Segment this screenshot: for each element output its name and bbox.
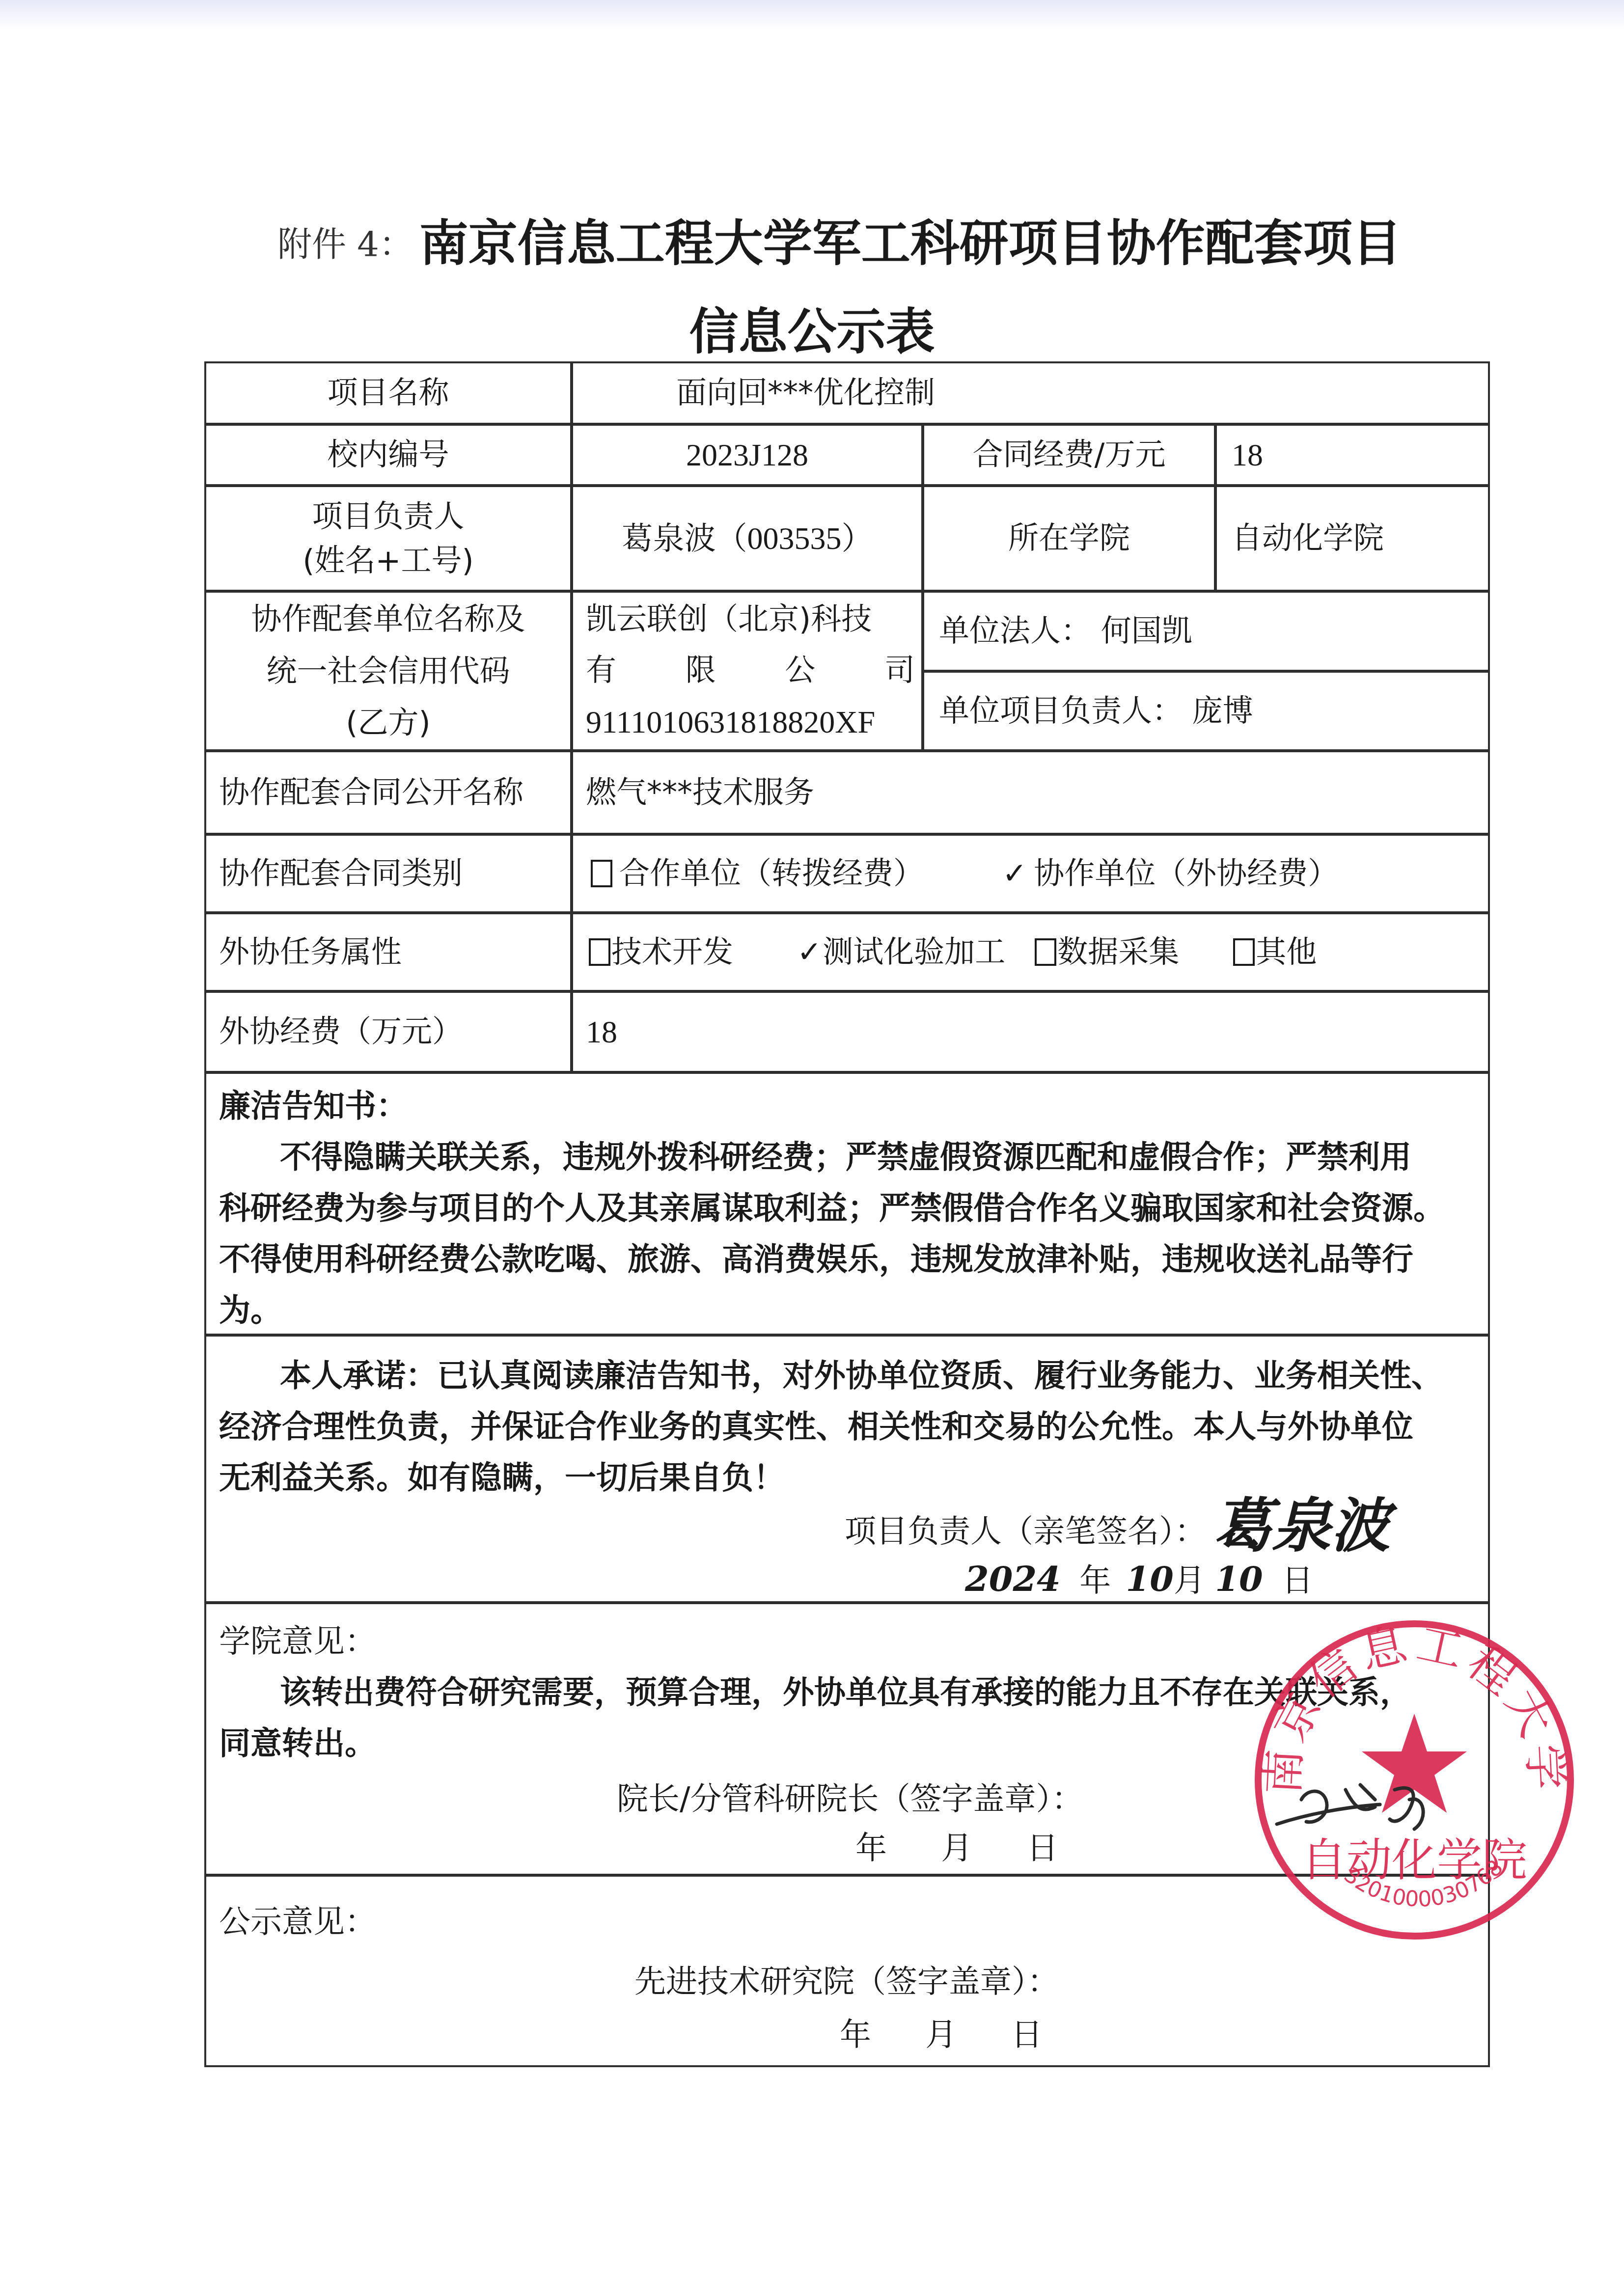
outsource-fund-label: 外协经费（万元）	[204, 991, 572, 1073]
task-attribute-label: 外协任务属性	[204, 912, 572, 992]
college-label: 所在学院	[922, 485, 1216, 592]
integrity-line: 不得使用科研经费公款吃喝、旅游、高消费娱乐，违规发放津补贴，违规收送礼品等行	[219, 1234, 1413, 1279]
contract-fund-label: 合同经费/万元	[922, 424, 1216, 486]
contract-public-name-value: 燃气***技术服务	[571, 750, 1490, 835]
date-year: 2024	[965, 1558, 1061, 1599]
date-day-unit: 日	[1011, 2017, 1043, 2053]
integrity-line: 科研经费为参与项目的个人及其亲属谋取利益；严禁假借合作名义骗取国家和社会资源。	[219, 1183, 1445, 1228]
option-tech-dev[interactable]: 技术开发	[589, 926, 733, 979]
college-date: 年 月 日	[855, 1823, 1058, 1868]
outsource-fund-value: 18	[571, 991, 1490, 1073]
pledge-date: 2024 年 10月 10 日	[965, 1555, 1313, 1600]
attachment-label: 附件 4：	[277, 224, 413, 265]
college-opinion-line: 同意转出。	[219, 1718, 376, 1763]
project-leader-label: 项目负责人 (姓名+工号)	[204, 485, 572, 592]
option-label: 其他	[1256, 926, 1317, 979]
checkbox-empty-icon[interactable]	[1035, 938, 1056, 966]
pledge-sign-label: 项目负责人（亲笔签名）：	[845, 1506, 1206, 1551]
pledge-signature: 葛泉波	[1213, 1479, 1390, 1563]
partner-unit-label-line3: (乙方)	[346, 697, 430, 748]
task-attribute-options: 技术开发 ✓ 测试化验加工 数据采集 其他	[571, 912, 1490, 992]
option-label: 数据采集	[1057, 926, 1179, 979]
unit-leader: 单位项目负责人： 庞博	[922, 671, 1490, 751]
checkbox-empty-icon[interactable]	[1233, 938, 1255, 966]
pledge-line: 经济合理性负责，并保证合作业务的真实性、相关性和交易的公允性。本人与外协单位	[219, 1401, 1413, 1447]
college-value: 自动化学院	[1215, 485, 1490, 592]
integrity-line: 为。	[219, 1285, 282, 1330]
checkmark-icon[interactable]: ✓	[1002, 848, 1027, 900]
credit-code: 911101063181882​0XF	[586, 696, 875, 749]
internal-id-label: 校内编号	[204, 424, 572, 486]
option-label: 协作单位（外协经费）	[1034, 847, 1338, 901]
char: 有	[586, 645, 616, 696]
date-year-unit: 年	[1079, 1562, 1111, 1599]
checkbox-empty-icon[interactable]	[589, 938, 610, 966]
char: 公	[785, 645, 815, 696]
partner-unit-label-line1: 协作配套单位名称及	[251, 593, 525, 645]
public-sign-label: 先进技术研究院（签字盖章）：	[634, 1956, 1059, 2001]
scan-edge-artifact	[0, 0, 1624, 29]
date-year-unit: 年	[840, 2017, 871, 2053]
public-date: 年 月 日	[840, 2009, 1043, 2054]
option-label: 技术开发	[611, 926, 733, 979]
option-testing[interactable]: ✓ 测试化验加工	[797, 926, 1005, 979]
checkbox-empty-icon[interactable]	[591, 860, 612, 887]
college-opinion-line: 该转出费符合研究需要，预算合理，外协单位具有承接的能力且不存在关联关系，	[280, 1667, 1411, 1712]
partner-unit-label: 协作配套单位名称及 统一社会信用代码 (乙方)	[204, 591, 572, 751]
option-label: 测试化验加工	[823, 926, 1005, 979]
title-line-1: 南京信息工程大学军工科研项目协作配套项目	[419, 215, 1402, 272]
contract-category-label: 协作配套合同类别	[204, 834, 572, 913]
college-opinion-section: 学院意见： 该转出费符合研究需要，预算合理，外协单位具有承接的能力且不存在关联关…	[204, 1602, 1490, 1876]
partner-unit-name-line2: 有 限 公 司	[586, 645, 915, 696]
college-opinion-heading: 学院意见：	[219, 1616, 376, 1661]
date-day-unit: 日	[1027, 1830, 1058, 1866]
internal-id-value: 2023J128	[571, 424, 923, 486]
char: 限	[686, 645, 716, 696]
partner-unit-label-line2: 统一社会信用代码	[266, 645, 510, 697]
option-data-collect[interactable]: 数据采集	[1035, 926, 1179, 979]
public-opinion-section: 公示意见： 先进技术研究院（签字盖章）： 年 月 日	[204, 1875, 1490, 2067]
char: 司	[884, 645, 915, 696]
integrity-heading: 廉洁告知书：	[219, 1081, 408, 1126]
info-table: 项目名称 面向回***优化控制 校内编号 2023J128 合同经费/万元 18…	[205, 362, 1490, 2067]
project-leader-label-line1: 项目负责人	[312, 494, 464, 539]
pledge-section: 本人承诺：已认真阅读廉洁告知书，对外协单位资质、履行业务能力、业务相关性、 经济…	[204, 1335, 1490, 1603]
date-year-unit: 年	[855, 1830, 887, 1866]
integrity-line: 不得隐瞒关联关系，违规外拨科研经费；严禁虚假资源匹配和虚假合作；严禁利用	[280, 1132, 1411, 1177]
title-line-2: 信息公示表	[0, 292, 1624, 363]
option-collab-outsource[interactable]: ✓ 协作单位（外协经费）	[1002, 847, 1338, 901]
checkmark-icon[interactable]: ✓	[797, 927, 822, 978]
integrity-notice: 廉洁告知书： 不得隐瞒关联关系，违规外拨科研经费；严禁虚假资源匹配和虚假合作；严…	[204, 1072, 1490, 1336]
option-other[interactable]: 其他	[1233, 926, 1317, 979]
date-month-unit: 月	[1174, 1562, 1205, 1599]
date-month: 10	[1126, 1558, 1174, 1599]
college-sign-label: 院长/分管科研院长（签字盖章）：	[617, 1774, 1083, 1819]
date-day-unit: 日	[1282, 1562, 1313, 1599]
pledge-line: 无利益关系。如有隐瞒，一切后果自负！	[219, 1452, 785, 1498]
option-partner-transfer[interactable]: 合作单位（转拨经费）	[591, 847, 924, 901]
document-title: 附件 4：南京信息工程大学军工科研项目协作配套项目	[277, 204, 1456, 274]
contract-public-name-label: 协作配套合同公开名称	[204, 750, 572, 835]
project-leader-label-line2: (姓名+工号)	[303, 539, 473, 583]
project-name-value: 面向回***优化控制	[571, 361, 1490, 425]
date-month-unit: 月	[941, 1830, 972, 1866]
contract-fund-value: 18	[1215, 424, 1490, 486]
date-day: 10	[1215, 1558, 1263, 1599]
pledge-line: 本人承诺：已认真阅读廉洁告知书，对外协单位资质、履行业务能力、业务相关性、	[280, 1350, 1443, 1395]
contract-category-options: 合作单位（转拨经费） ✓ 协作单位（外协经费）	[571, 834, 1490, 913]
project-leader-value: 葛泉波（003535）	[571, 485, 923, 592]
project-name-label: 项目名称	[204, 361, 572, 425]
option-label: 合作单位（转拨经费）	[619, 847, 924, 901]
date-month-unit: 月	[925, 2017, 957, 2053]
partner-unit-value: 凯云联创（北京)科技 有 限 公 司 911101063181882​0XF	[571, 591, 923, 751]
public-opinion-heading: 公示意见：	[219, 1896, 376, 1941]
partner-unit-name-line1: 凯云联创（北京)科技	[586, 594, 872, 645]
legal-rep: 单位法人： 何国凯	[922, 591, 1490, 672]
